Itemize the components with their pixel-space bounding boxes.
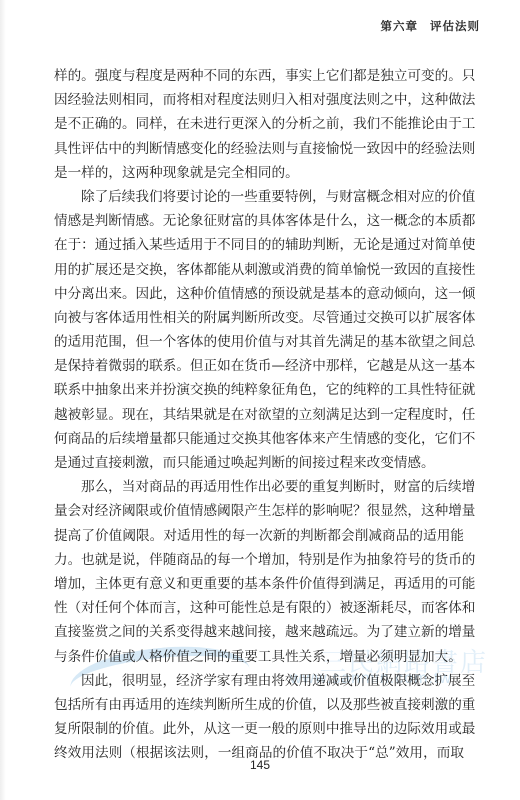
chapter-number: 第六章 xyxy=(381,19,419,33)
text-line: 何商品的后续增量都只能通过交换其他客体来产生情感的变化，它们不 xyxy=(54,427,464,451)
text-line: 情感是判断情感。无论象征财富的具体客体是什么，这一概念的本质都 xyxy=(54,209,464,233)
text-line: 那么，当对商品的再适用性作出必要的重复判断时，财富的后续增 xyxy=(54,475,464,499)
text-line: 因此，很明显，经济学家有理由将效用递减或价值极限概念扩展至 xyxy=(54,669,464,693)
text-line: 因经验法则相同，而将相对程度法则归入相对强度法则之中，这种做法 xyxy=(54,88,464,112)
text-line: 与条件价值或人格价值之间的重要工具性关系，增量必须明显加大。 xyxy=(54,645,464,669)
text-line: 是不正确的。同样，在未进行更深入的分析之前，我们不能推论由于工 xyxy=(54,112,464,136)
text-line: 样的。强度与程度是两种不同的东西，事实上它们都是独立可变的。只 xyxy=(54,64,464,88)
text-line: 在于：通过插入某些适用于不同目的的辅助判断，无论是通过对简单使 xyxy=(54,233,464,257)
text-line: 量会对经济阈限或价值情感阈限产生怎样的影响呢？很显然，这种增量 xyxy=(54,499,464,523)
text-line: 是保持着微弱的联系。但正如在货币—经济中那样，它越是从这一基本 xyxy=(54,354,464,378)
text-line: 的适用范围，但一个客体的使用价值与对其首先满足的基本欲望之间总 xyxy=(54,330,464,354)
text-line: 除了后续我们将要讨论的一些重要特例，与财富概念相对应的价值 xyxy=(54,185,464,209)
page-number: 145 xyxy=(0,758,520,772)
body-text: 样的。强度与程度是两种不同的东西，事实上它们都是独立可变的。只 因经验法则相同，… xyxy=(54,64,464,765)
text-line: 向被与客体适用性相关的附属判断所改变。尽管通过交换可以扩展客体 xyxy=(54,306,464,330)
text-line: 提高了价值阈限。对适用性的每一次新的判断都会削减商品的适用能 xyxy=(54,524,464,548)
text-line: 越被彰显。现在，其结果就是在对欲望的立刻满足达到一定程度时，任 xyxy=(54,403,464,427)
text-line: 具性评估中的判断情感变化的经验法则与直接愉悦一致因中的经验法则 xyxy=(54,137,464,161)
page-gutter-shadow xyxy=(0,0,6,800)
paragraph-4: 因此，很明显，经济学家有理由将效用递减或价值极限概念扩展至 包括所有由再适用的连… xyxy=(54,669,464,766)
text-line: 用的扩展还是交换，客体都能从刺激或消费的简单愉悦一致因的直接性 xyxy=(54,258,464,282)
paragraph-2: 除了后续我们将要讨论的一些重要特例，与财富概念相对应的价值 情感是判断情感。无论… xyxy=(54,185,464,475)
text-line: 直接鉴赏之间的关系变得越来越间接，越来越疏远。为了建立新的增量 xyxy=(54,620,464,644)
text-line: 力。也就是说，伴随商品的每一个增加，特别是作为抽象符号的货币的 xyxy=(54,548,464,572)
text-line: 中分离出来。因此，这种价值情感的预设就是基本的意动倾向，这一倾 xyxy=(54,282,464,306)
running-header: 第六章评估法则 xyxy=(381,18,481,34)
chapter-title: 评估法则 xyxy=(430,19,480,33)
text-line: 增加，主体更有意义和更重要的基本条件价值得到满足，再适用的可能 xyxy=(54,572,464,596)
text-line: 是一样的，这两种现象就是完全相同的。 xyxy=(54,161,464,185)
text-line: 复所限制的价值。此外，从这一更一般的原则中推导出的边际效用或最 xyxy=(54,717,464,741)
text-line: 性（对任何个体而言，这种可能性总是有限的）被逐渐耗尽，而客体和 xyxy=(54,596,464,620)
paragraph-3: 那么，当对商品的再适用性作出必要的重复判断时，财富的后续增 量会对经济阈限或价值… xyxy=(54,475,464,669)
text-line: 联系中抽象出来并扮演交换的纯粹象征角色，它的纯粹的工具性特征就 xyxy=(54,378,464,402)
text-line: 包括所有由再适用的连续判断所生成的价值，以及那些被直接刺激的重 xyxy=(54,693,464,717)
text-line: 是通过直接刺激，而只能通过唤起判断的间接过程来改变情感。 xyxy=(54,451,464,475)
paragraph-1: 样的。强度与程度是两种不同的东西，事实上它们都是独立可变的。只 因经验法则相同，… xyxy=(54,64,464,185)
book-page: 第六章评估法则 三民網路書店 www.sanmin.com.tw 样的。强度与程… xyxy=(0,0,520,800)
